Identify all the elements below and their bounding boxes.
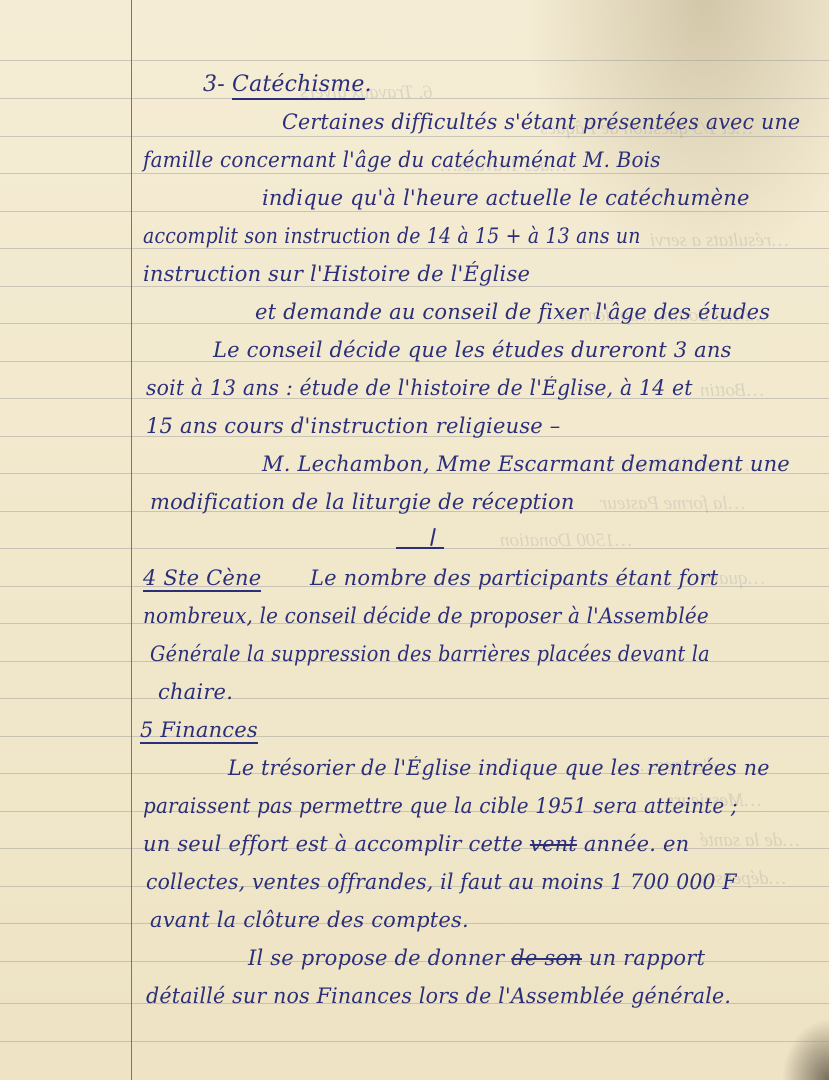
notebook-page: 6. Travaux divers …et 1/3 question de Pâ… bbox=[0, 0, 829, 1080]
handwritten-line: soit à 13 ans : étude de l'histoire de l… bbox=[146, 376, 693, 400]
handwritten-line: avant la clôture des comptes. bbox=[150, 908, 469, 932]
section-number: 3- bbox=[203, 72, 225, 97]
bleed-through-text: …résultats a servi bbox=[650, 230, 788, 252]
handwritten-line: nombreux, le conseil décide de proposer … bbox=[143, 604, 709, 628]
handwritten-line: accomplit son instruction de 14 à 15 + à… bbox=[143, 224, 641, 248]
section-heading-catechisme: 3- Catéchisme. bbox=[203, 72, 372, 97]
handwritten-line: Le conseil décide que les études dureron… bbox=[213, 338, 732, 362]
handwritten-line: détaillé sur nos Finances lors de l'Asse… bbox=[146, 984, 731, 1008]
ruled-line bbox=[0, 173, 829, 174]
handwritten-line: M. Lechambon, Mme Escarmant demandent un… bbox=[262, 452, 790, 476]
section-title: 5 Finances bbox=[140, 718, 258, 744]
bleed-through-text: …de la santé bbox=[700, 830, 799, 852]
handwritten-line: instruction sur l'Histoire de l'Église bbox=[143, 262, 530, 286]
handwritten-text: Il se propose de donner bbox=[248, 946, 511, 970]
section-title: Catéchisme bbox=[232, 72, 365, 100]
section-title: 4 Ste Cène bbox=[143, 566, 261, 592]
handwritten-line: chaire. bbox=[158, 680, 233, 704]
section-title-dot: . bbox=[365, 72, 372, 97]
divider-mark bbox=[430, 528, 436, 546]
handwritten-line: modification de la liturgie de réception bbox=[150, 490, 575, 514]
handwritten-line: Le nombre des participants étant fort bbox=[310, 566, 718, 590]
bleed-through-text: …1500 Donation bbox=[500, 530, 631, 552]
handwritten-line: Générale la suppression des barrières pl… bbox=[150, 642, 710, 666]
struck-out-word: de son bbox=[511, 946, 582, 970]
ruled-line bbox=[0, 698, 829, 699]
handwritten-line: Il se propose de donner de son un rappor… bbox=[248, 946, 705, 970]
handwritten-line: Certaines difficultés s'étant présentées… bbox=[282, 110, 800, 134]
handwritten-text: année. en bbox=[577, 832, 689, 856]
handwritten-line: paraissent pas permettre que la cible 19… bbox=[143, 794, 738, 818]
handwritten-line: un seul effort est à accomplir cette ven… bbox=[143, 832, 689, 856]
handwritten-line: famille concernant l'âge du catéchuménat… bbox=[143, 148, 661, 172]
section-divider bbox=[396, 547, 444, 549]
handwritten-line: 15 ans cours d'instruction religieuse – bbox=[146, 414, 561, 438]
ruled-line bbox=[0, 60, 829, 61]
ruled-line bbox=[0, 211, 829, 212]
section-heading-finances: 5 Finances bbox=[140, 718, 258, 742]
handwritten-line: et demande au conseil de fixer l'âge des… bbox=[255, 300, 770, 324]
bleed-through-text: …Bottin bbox=[700, 380, 763, 402]
handwritten-line: Le trésorier de l'Église indique que les… bbox=[228, 756, 770, 780]
handwritten-text: un rapport bbox=[582, 946, 705, 970]
ruled-line bbox=[0, 286, 829, 287]
handwritten-line: collectes, ventes offrandes, il faut au … bbox=[146, 870, 737, 894]
red-margin-line bbox=[131, 0, 132, 1080]
bleed-through-text: …la forme Pasteur bbox=[600, 493, 745, 515]
ruled-line bbox=[0, 1041, 829, 1042]
handwritten-text: un seul effort est à accomplir cette bbox=[143, 832, 530, 856]
struck-out-word: vent bbox=[530, 832, 577, 856]
handwritten-line: indique qu'à l'heure actuelle le catéchu… bbox=[262, 186, 750, 210]
ruled-line bbox=[0, 736, 829, 737]
section-heading-sainte-cene: 4 Ste Cène bbox=[143, 566, 261, 590]
